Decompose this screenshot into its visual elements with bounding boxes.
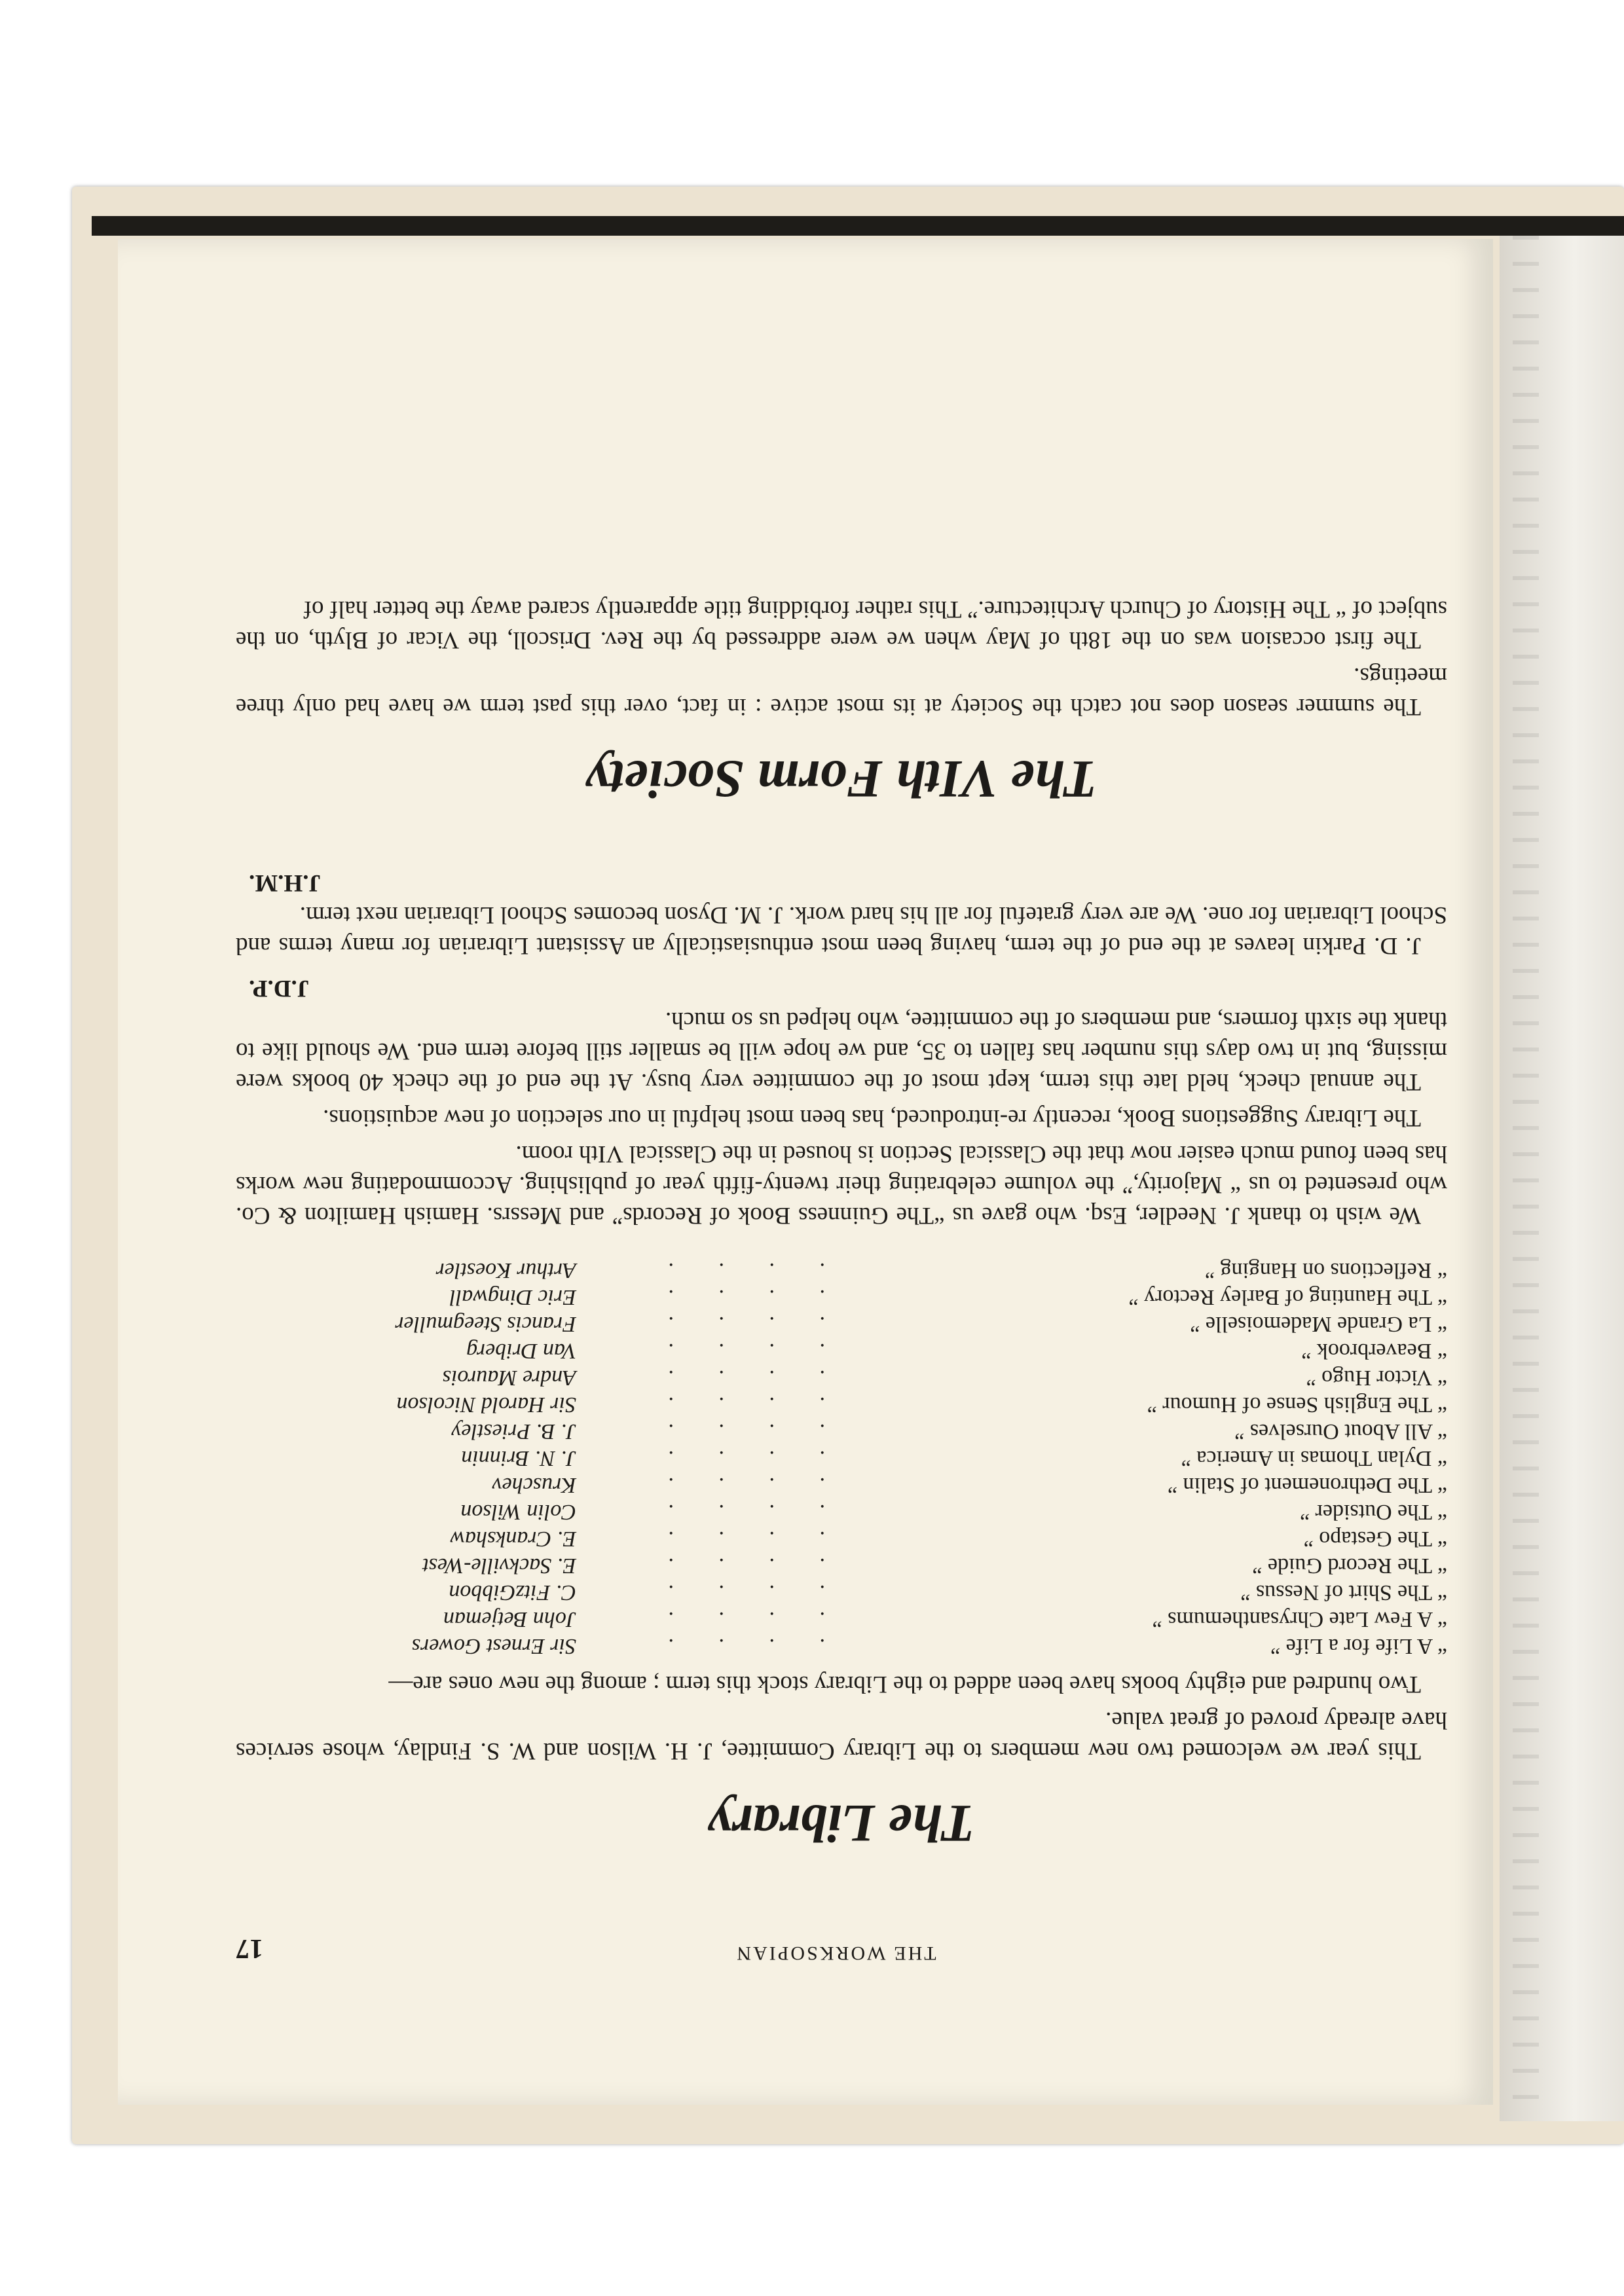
book-title: “ The Haunting of Barley Rectory ”	[825, 1284, 1447, 1311]
signature: J.D.P.	[249, 974, 1447, 1002]
running-head-spacer	[1408, 1933, 1447, 1964]
book-title: “ La Grande Mademoiselle ”	[825, 1311, 1447, 1338]
book-author: Francis Steegmuller	[236, 1311, 589, 1338]
book-title: “ The Gestapo ”	[825, 1525, 1447, 1552]
book-title: “ The Shirt of Nessus ”	[825, 1579, 1447, 1606]
library-paragraph: The annual check, held late this term, k…	[236, 1005, 1447, 1097]
library-title: The Library	[236, 1793, 1447, 1854]
leader-dots: . . . .	[589, 1284, 825, 1311]
book-list-item: “ All About Ourselves ”. . . .J. B. Prie…	[236, 1418, 1447, 1445]
book-title: “ Beaverbrook ”	[825, 1338, 1447, 1364]
book-author: John Betjeman	[236, 1606, 589, 1633]
book-list-item: “ The Haunting of Barley Rectory ”. . . …	[236, 1284, 1447, 1311]
library-paragraph: This year we welcomed two new members to…	[236, 1705, 1447, 1766]
book-author: J. B. Priestley	[236, 1418, 589, 1445]
page-content-rotated: THE WORKSOPIAN 17 The Library This year …	[236, 367, 1447, 1964]
library-paragraph: We wish to thank J. Needler, Esq. who ga…	[236, 1139, 1447, 1231]
book-list-item: “ A Few Late Chrysanthemums ”. . . .John…	[236, 1606, 1447, 1633]
book-list: “ A Life for a Life ”. . . .Sir Ernest G…	[236, 1257, 1447, 1660]
leader-dots: . . . .	[589, 1579, 825, 1606]
book-author: Van Driberg	[236, 1338, 589, 1364]
running-head: THE WORKSOPIAN 17	[236, 1933, 1447, 1964]
book-title: “ A Few Late Chrysanthemums ”	[825, 1606, 1447, 1633]
book-author: Sir Harold Nicolson	[236, 1391, 589, 1418]
book-list-item: “ Reflections on Hanging ”. . . .Arthur …	[236, 1257, 1447, 1284]
book-title: “ The Outsider ”	[825, 1499, 1447, 1525]
society-paragraph: The first occasion was on the 18th of Ma…	[236, 594, 1447, 655]
book-list-item: “ The Shirt of Nessus ”. . . .C. FitzGib…	[236, 1579, 1447, 1606]
leader-dots: . . . .	[589, 1472, 825, 1499]
page-number: 17	[236, 1933, 263, 1964]
book-author: Kruschev	[236, 1472, 589, 1499]
book-list-item: “ The Gestapo ”. . . .E. Crankshaw	[236, 1525, 1447, 1552]
library-paragraph: Two hundred and eighty books have been a…	[236, 1669, 1447, 1700]
book-list-item: “ Dylan Thomas in America ”. . . .J. N. …	[236, 1445, 1447, 1472]
book-author: C. FitzGibbon	[236, 1579, 589, 1606]
book-list-item: “ The Record Guide ”. . . .E. Sackville-…	[236, 1552, 1447, 1579]
leader-dots: . . . .	[589, 1552, 825, 1579]
book-author: Sir Ernest Gowers	[236, 1633, 589, 1660]
book-author: E. Sackville-West	[236, 1552, 589, 1579]
book-author: Eric Dingwall	[236, 1284, 589, 1311]
signature: J.H.M.	[249, 869, 1447, 897]
leader-dots: . . . .	[589, 1525, 825, 1552]
book-list-item: “ Beaverbrook ”. . . .Van Driberg	[236, 1338, 1447, 1364]
book-list-item: “ Victor Hugo ”. . . .Andre Maurois	[236, 1364, 1447, 1391]
book-list-item: “ The Dethronement of Stalin ”. . . .Kru…	[236, 1472, 1447, 1499]
book-author: Arthur Koestler	[236, 1257, 589, 1284]
book-list-item: “ The English Sense of Humour ”. . . .Si…	[236, 1391, 1447, 1418]
page-specks	[1513, 236, 1539, 2121]
leader-dots: . . . .	[589, 1445, 825, 1472]
society-title: The VIth Form Society	[236, 748, 1447, 810]
section-gap	[236, 810, 1447, 856]
book-title: “ Reflections on Hanging ”	[825, 1257, 1447, 1284]
cover-edge	[92, 216, 1624, 236]
leader-dots: . . . .	[589, 1606, 825, 1633]
leader-dots: . . . .	[589, 1364, 825, 1391]
book-title: “ All About Ourselves ”	[825, 1418, 1447, 1445]
leader-dots: . . . .	[589, 1633, 825, 1660]
book-list-item: “ A Life for a Life ”. . . .Sir Ernest G…	[236, 1633, 1447, 1660]
book-author: E. Crankshaw	[236, 1525, 589, 1552]
book-author: Andre Maurois	[236, 1364, 589, 1391]
book-title: “ A Life for a Life ”	[825, 1633, 1447, 1660]
book-title: “ Victor Hugo ”	[825, 1364, 1447, 1391]
book-title: “ The English Sense of Humour ”	[825, 1391, 1447, 1418]
leader-dots: . . . .	[589, 1338, 825, 1364]
leader-dots: . . . .	[589, 1418, 825, 1445]
book-list-item: “ La Grande Mademoiselle ”. . . .Francis…	[236, 1311, 1447, 1338]
library-paragraph: J. D. Parkin leaves at the end of the te…	[236, 900, 1447, 961]
leader-dots: . . . .	[589, 1499, 825, 1525]
leader-dots: . . . .	[589, 1391, 825, 1418]
book-author: Colin Wilson	[236, 1499, 589, 1525]
book-title: “ Dylan Thomas in America ”	[825, 1445, 1447, 1472]
leader-dots: . . . .	[589, 1257, 825, 1284]
society-paragraph: The summer season does not catch the Soc…	[236, 661, 1447, 722]
leader-dots: . . . .	[589, 1311, 825, 1338]
book-title: “ The Dethronement of Stalin ”	[825, 1472, 1447, 1499]
library-paragraph: The Library Suggestions Book, recently r…	[236, 1102, 1447, 1133]
adjacent-page-edge	[1500, 236, 1624, 2121]
book-title: “ The Record Guide ”	[825, 1552, 1447, 1579]
book-author: J. N. Brinnin	[236, 1445, 589, 1472]
book-list-item: “ The Outsider ”. . . .Colin Wilson	[236, 1499, 1447, 1525]
publication-name: THE WORKSOPIAN	[735, 1933, 936, 1964]
